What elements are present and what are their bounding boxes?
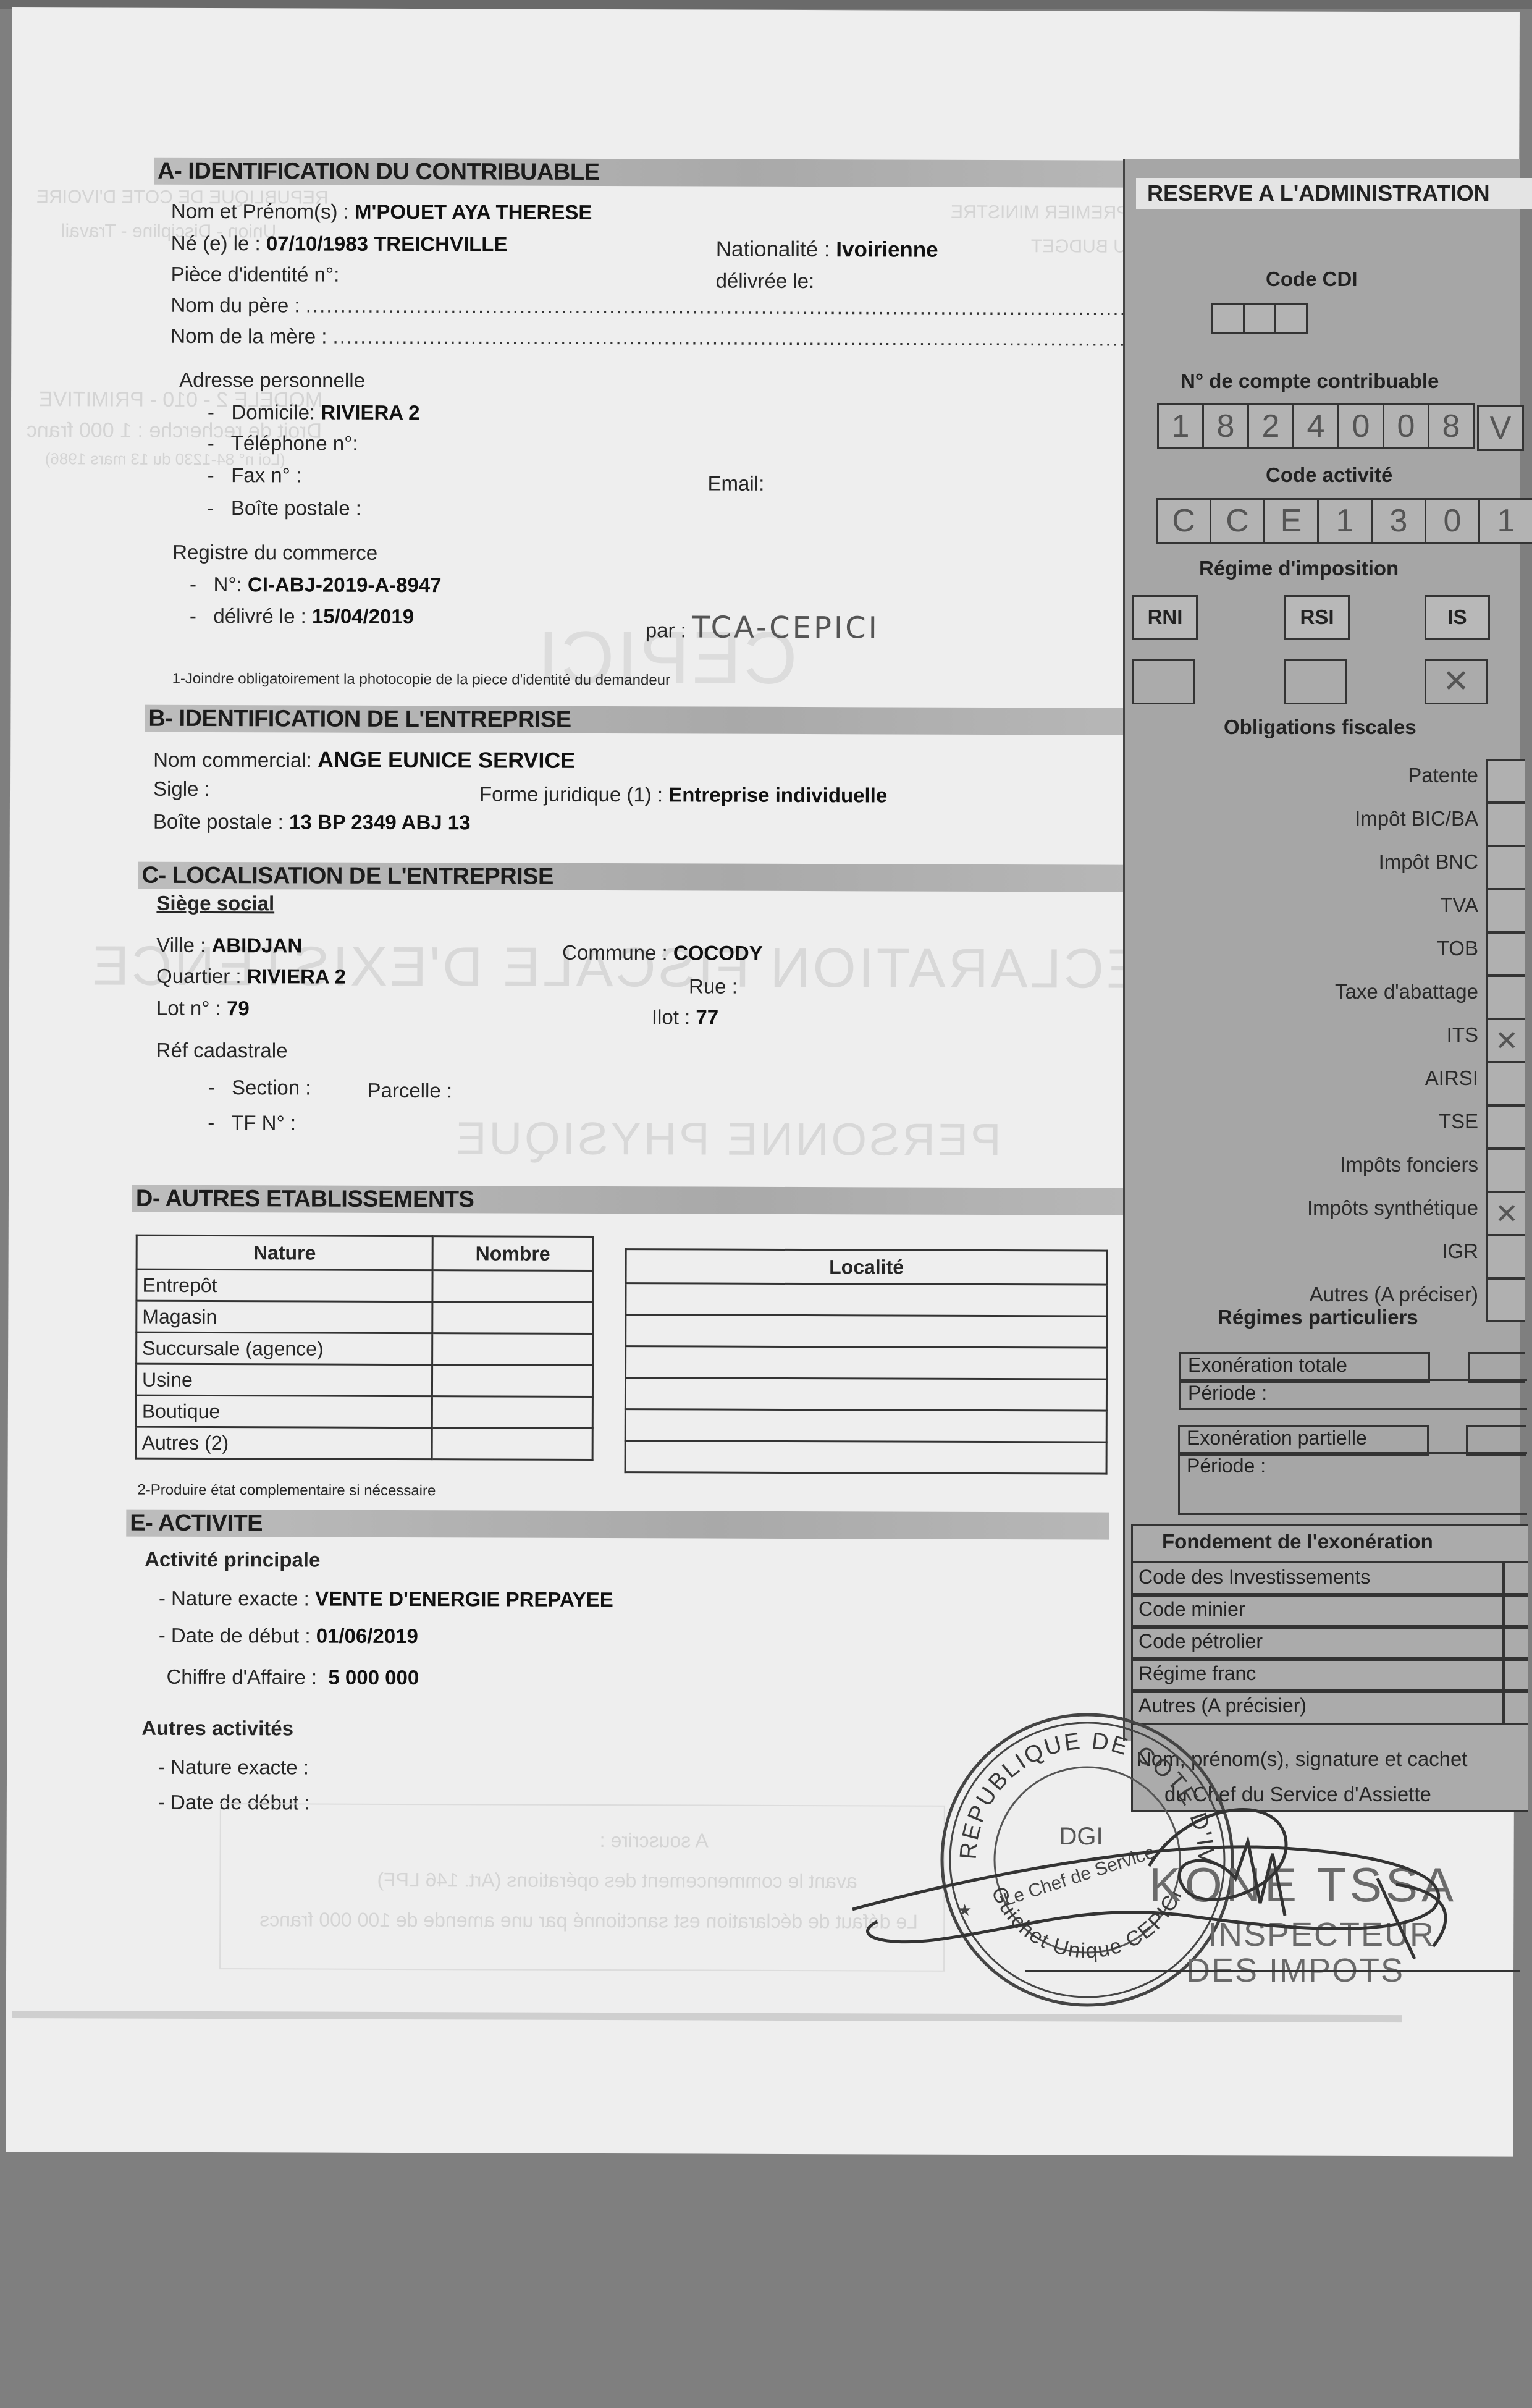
etablissement-row: Entrepôt [137, 1269, 593, 1302]
obligation-checkbox[interactable] [1486, 1235, 1525, 1279]
scanner-top-edge [0, 0, 1532, 9]
fondement-label-item: Régime franc [1138, 1662, 1256, 1685]
obligation-checkbox[interactable] [1486, 1105, 1525, 1149]
ghost-premier-ministre: PREMIER MINISTRE [951, 202, 1129, 224]
ville-field: Ville : ABIDJAN [156, 934, 302, 958]
etablissement-row: Succursale (agence) [137, 1332, 593, 1365]
obligation-label: ITS [1447, 1023, 1478, 1047]
exo-partielle-periode-label: Période : [1187, 1455, 1266, 1477]
compte-digit-cell[interactable]: 4 [1292, 403, 1339, 449]
etablissement-row: Magasin [137, 1301, 593, 1333]
section-d-header: D- AUTRES ETABLISSEMENTS [132, 1185, 1124, 1215]
obligation-label: TSE [1439, 1110, 1478, 1133]
nature-label: - Nature exacte : [159, 1587, 309, 1610]
forme-juridique-field: Forme juridique (1) : Entreprise individ… [479, 782, 887, 807]
quartier-field: Quartier : RIVIERA 2 [156, 965, 346, 989]
obligation-label: Impôts fonciers [1340, 1153, 1478, 1177]
nature-value: VENTE D'ENERGIE PREPAYEE [315, 1587, 613, 1612]
nombre-cell[interactable] [432, 1428, 592, 1460]
nombre-cell[interactable] [432, 1365, 592, 1397]
handwritten-signature [840, 1767, 1520, 1971]
section-c-header: C- LOCALISATION DE L'ENTREPRISE [138, 862, 1130, 892]
commune-value: COCODY [673, 941, 763, 964]
obligation-checkbox[interactable] [1486, 802, 1525, 847]
obligation-checkbox[interactable] [1486, 1148, 1525, 1193]
regime-rni-checkbox[interactable] [1132, 659, 1195, 704]
nom-commercial-label: Nom commercial: [153, 748, 312, 772]
obligation-label: Impôt BIC/BA [1355, 807, 1478, 830]
etablissements-localite-table: Localité [625, 1248, 1108, 1474]
rc-delivre-label: délivré le : [213, 604, 306, 627]
code-activite-cell[interactable]: C [1156, 498, 1211, 544]
mere-dots: ........................................… [333, 325, 1135, 351]
sigle-label: Sigle : [153, 777, 210, 801]
date-debut-value: 01/06/2019 [316, 1624, 418, 1648]
domicile-value: RIVIERA 2 [321, 401, 419, 425]
lot-value: 79 [227, 997, 250, 1020]
compte-contribuable-label: N° de compte contribuable [1181, 370, 1439, 393]
ilot-field: Ilot : 77 [652, 1005, 718, 1029]
regime-imposition-label: Régime d'imposition [1199, 557, 1399, 580]
exo-totale-checkbox[interactable] [1468, 1352, 1525, 1383]
compte-contribuable-cells: 1824008 [1157, 403, 1473, 449]
ca-label: Chiffre d'Affaire : [166, 1665, 317, 1689]
tf-field: - TF N° : [208, 1111, 296, 1134]
code-cdi-cell[interactable] [1274, 303, 1308, 334]
code-cdi-cells [1211, 303, 1306, 334]
fondement-checkbox[interactable] [1502, 1593, 1528, 1629]
exo-totale-periode-label: Période : [1188, 1382, 1267, 1405]
admin-title: RESERVE A L'ADMINISTRATION [1136, 178, 1532, 209]
obligation-checkbox[interactable]: ✕ [1486, 1191, 1525, 1236]
siege-social-label: Siège social [156, 892, 274, 916]
nationalite-value: Ivoirienne [836, 237, 938, 262]
obligation-label: TOB [1437, 937, 1478, 960]
boite-label: Boîte postale : [231, 496, 361, 520]
nature-cell: Autres (2) [136, 1427, 432, 1460]
fondement-checkbox[interactable] [1502, 1689, 1528, 1725]
regime-rsi-checkbox[interactable] [1284, 659, 1347, 704]
localite-cell[interactable] [626, 1283, 1107, 1316]
ilot-label: Ilot : [652, 1005, 690, 1028]
code-activite-label: Code activité [1266, 463, 1392, 487]
nationalite-label: Nationalité : [716, 237, 830, 262]
obligation-label: Impôts synthétique [1307, 1196, 1478, 1220]
nature-cell: Usine [136, 1364, 432, 1396]
etablissement-row: Autres (2) [136, 1427, 592, 1460]
code-activite-cells: CCE1301 [1156, 498, 1532, 544]
rc-numero-field: - N°: CI-ABJ-2019-A-8947 [190, 573, 442, 597]
regime-is-checkbox[interactable]: ✕ [1425, 659, 1488, 704]
footnote-2: 2-Produire état complementaire si nécess… [137, 1482, 436, 1500]
nom-commercial-value: ANGE EUNICE SERVICE [318, 747, 576, 773]
ref-cadastrale-label: Réf cadastrale [156, 1039, 288, 1063]
etablissements-nature-table: Nature Nombre EntrepôtMagasinSuccursale … [135, 1235, 594, 1461]
admin-reserved-panel: RESERVE A L'ADMINISTRATION Code CDI N° d… [1123, 159, 1520, 1741]
fondement-label-item: Code pétrolier [1138, 1630, 1263, 1653]
nationalite-field: Nationalité : Ivoirienne [716, 237, 938, 263]
nature-exacte-field: - Nature exacte : VENTE D'ENERGIE PREPAY… [159, 1587, 613, 1612]
forme-value: Entreprise individuelle [668, 783, 887, 806]
rc-no-label: N°: [214, 573, 242, 596]
fondement-label: Fondement de l'exonération [1162, 1530, 1433, 1553]
autres-activites-title: Autres activités [141, 1717, 293, 1741]
regime-is-label: IS [1425, 595, 1490, 640]
code-cdi-cell[interactable] [1243, 303, 1276, 334]
telephone-label: Téléphone n°: [231, 431, 358, 455]
date-naissance-field: Né (e) le : 07/10/1983 TREICHVILLE [171, 232, 508, 256]
nombre-cell[interactable] [432, 1333, 593, 1366]
piece-identite-label: Pièce d'identité n°: [171, 263, 340, 287]
code-activite-cell[interactable]: E [1263, 498, 1319, 544]
fondement-checkbox[interactable] [1502, 1561, 1528, 1597]
delivree-label: délivrée le: [716, 269, 815, 294]
regime-rsi-label: RSI [1284, 595, 1350, 640]
localite-cell[interactable] [625, 1378, 1106, 1411]
section-e-header: E- ACTIVITE [126, 1510, 1109, 1540]
rue-label: Rue : [689, 974, 738, 998]
fondement-label-item: Code minier [1138, 1598, 1245, 1621]
nature-cell: Boutique [136, 1395, 432, 1428]
rc-delivre-value: 15/04/2019 [312, 605, 414, 628]
forme-label: Forme juridique (1) : [479, 782, 663, 806]
obligation-label: Autres (A préciser) [1310, 1283, 1478, 1306]
ne-label: Né (e) le : [171, 232, 261, 255]
localite-row [625, 1409, 1106, 1442]
nombre-cell[interactable] [432, 1302, 593, 1334]
nature-cell: Magasin [137, 1301, 432, 1333]
col-localite: Localité [626, 1249, 1107, 1285]
pere-label: Nom du père : [170, 294, 300, 317]
footnote-1: 1-Joindre obligatoirement la photocopie … [172, 670, 671, 690]
rc-no-value: CI-ABJ-2019-A-8947 [248, 573, 442, 596]
fondement-checkbox[interactable] [1502, 1657, 1528, 1693]
fondement-label-item: Autres (A précisier) [1138, 1694, 1307, 1717]
obligation-checkbox[interactable] [1486, 845, 1525, 890]
code-cdi-label: Code CDI [1266, 268, 1358, 291]
compte-digit-cell[interactable]: 1 [1157, 403, 1204, 449]
exo-partielle-checkbox[interactable] [1466, 1425, 1526, 1456]
obligation-checkbox[interactable] [1486, 975, 1525, 1020]
activite-principale-title: Activité principale [145, 1548, 320, 1572]
pere-dots: ........................................… [306, 294, 1135, 319]
tf-label: TF N° : [231, 1111, 296, 1134]
obligation-label: TVA [1440, 893, 1478, 917]
autres-nature-label: - Nature exacte : [158, 1755, 309, 1780]
par-value-handwritten: TCA-CEPICI [692, 610, 880, 645]
localite-cell[interactable] [625, 1441, 1106, 1474]
email-label: Email: [708, 472, 765, 496]
exo-partielle-label: Exonération partielle [1187, 1427, 1367, 1450]
domicile-label: Domicile: [231, 400, 315, 423]
localite-row [626, 1315, 1107, 1348]
localite-cell[interactable] [626, 1346, 1107, 1379]
ca-value: 5 000 000 [328, 1666, 419, 1689]
quartier-value: RIVIERA 2 [247, 965, 346, 988]
lot-field: Lot n° : 79 [156, 997, 250, 1020]
parcelle-label: Parcelle : [367, 1079, 452, 1102]
commune-field: Commune : COCODY [562, 941, 763, 965]
mere-label: Nom de la mère : [170, 324, 327, 348]
compte-digit-cell[interactable]: 8 [1202, 403, 1249, 449]
section-b-header: B- IDENTIFICATION DE L'ENTREPRISE [145, 705, 1132, 735]
fax-label: Fax n° : [231, 463, 301, 486]
quartier-label: Quartier : [156, 965, 242, 987]
obligation-label: Patente [1408, 764, 1478, 787]
localite-row [626, 1283, 1107, 1316]
nombre-cell[interactable] [432, 1396, 592, 1429]
nom-commercial-field: Nom commercial: ANGE EUNICE SERVICE [153, 746, 575, 774]
localite-cell[interactable] [626, 1315, 1107, 1348]
nombre-cell[interactable] [432, 1270, 593, 1303]
code-activite-cell[interactable]: 1 [1478, 498, 1532, 544]
col-nature: Nature [137, 1235, 432, 1270]
date-debut-field: - Date de début : 01/06/2019 [159, 1624, 418, 1648]
date-debut-label: - Date de début : [159, 1624, 311, 1647]
localite-row [625, 1441, 1106, 1474]
obligation-checkbox[interactable] [1486, 1278, 1525, 1322]
obligation-checkbox[interactable] [1486, 932, 1525, 976]
boite-postale-entreprise-field: Boîte postale : 13 BP 2349 ABJ 13 [153, 810, 471, 835]
nature-cell: Entrepôt [137, 1269, 432, 1302]
telephone-field: - Téléphone n°: [208, 431, 358, 455]
compte-key-cell[interactable]: V [1477, 405, 1524, 451]
nom-value: M'POUET AYA THERESE [355, 200, 592, 224]
regimes-particuliers-label: Régimes particuliers [1218, 1306, 1418, 1329]
compte-digit-cell[interactable]: 2 [1247, 403, 1294, 449]
ghost-subtitle: PERSONNE PHYSIQUE [453, 1112, 1001, 1166]
compte-digit-cell[interactable]: 0 [1337, 403, 1384, 449]
obligation-label: AIRSI [1425, 1067, 1478, 1090]
lot-label: Lot n° : [156, 997, 221, 1020]
boite-entreprise-label: Boîte postale : [153, 810, 284, 834]
ghost-divider [12, 2011, 1402, 2022]
localite-cell[interactable] [625, 1409, 1106, 1442]
par-label: par : [646, 619, 686, 641]
obligation-checkbox[interactable]: ✕ [1486, 1018, 1525, 1063]
code-activite-cell[interactable]: 3 [1371, 498, 1426, 544]
nom-pere-field: Nom du père : ..........................… [170, 294, 1134, 320]
section-a-header: A- IDENTIFICATION DU CONTRIBUABLE [154, 158, 1146, 188]
code-activite-cell[interactable]: C [1210, 498, 1265, 544]
col-nombre: Nombre [432, 1236, 593, 1271]
boite-entreprise-value: 13 BP 2349 ABJ 13 [289, 810, 471, 834]
obligation-label: IGR [1442, 1240, 1478, 1263]
nom-mere-field: Nom de la mère : .......................… [170, 324, 1134, 351]
obligation-label: Taxe d'abattage [1335, 980, 1478, 1003]
nom-label: Nom et Prénom(s) : [171, 200, 349, 223]
ville-label: Ville : [156, 934, 206, 957]
compte-digit-cell[interactable]: 0 [1383, 403, 1429, 449]
registre-title: Registre du commerce [172, 541, 377, 565]
etablissement-row: Usine [136, 1364, 592, 1396]
localite-row [625, 1378, 1106, 1411]
obligations-fiscales-label: Obligations fiscales [1224, 716, 1416, 739]
obligation-checkbox[interactable] [1486, 889, 1525, 933]
localite-row [626, 1346, 1107, 1379]
section-label: Section : [232, 1076, 311, 1099]
code-cdi-cell[interactable] [1211, 303, 1245, 334]
etablissement-row: Boutique [136, 1395, 592, 1428]
code-activite-cell[interactable]: 1 [1317, 498, 1373, 544]
ilot-value: 77 [696, 1005, 718, 1028]
regime-rni-label: RNI [1132, 595, 1198, 640]
nature-cell: Succursale (agence) [137, 1332, 432, 1365]
obligation-checkbox[interactable] [1486, 759, 1525, 803]
fondement-label-item: Code des Investissements [1138, 1566, 1370, 1589]
obligation-checkbox[interactable] [1486, 1062, 1525, 1106]
code-activite-cell[interactable]: 0 [1425, 498, 1480, 544]
commune-label: Commune : [562, 941, 668, 965]
ghost-souscrire-box [219, 1803, 945, 1972]
boite-postale-field: - Boîte postale : [207, 496, 361, 520]
exo-totale-label: Exonération totale [1188, 1354, 1347, 1377]
nom-prenoms-field: Nom et Prénom(s) : M'POUET AYA THERESE [171, 200, 592, 224]
fondement-checkbox[interactable] [1502, 1625, 1528, 1661]
domicile-field: - Domicile: RIVIERA 2 [208, 400, 420, 425]
obligation-label: Impôt BNC [1379, 850, 1478, 874]
rc-delivre-field: - délivré le : 15/04/2019 [190, 604, 414, 628]
section-field: - Section : [208, 1076, 311, 1100]
ne-value: 07/10/1983 TREICHVILLE [266, 232, 508, 255]
ville-value: ABIDJAN [211, 934, 302, 957]
compte-digit-cell[interactable]: 8 [1428, 403, 1475, 449]
adresse-title: Adresse personnelle [179, 368, 365, 392]
chiffre-affaire-field: Chiffre d'Affaire : 5 000 000 [166, 1665, 419, 1689]
fax-field: - Fax n° : [208, 463, 302, 487]
rc-par-field: par : TCA-CEPICI [646, 610, 880, 645]
